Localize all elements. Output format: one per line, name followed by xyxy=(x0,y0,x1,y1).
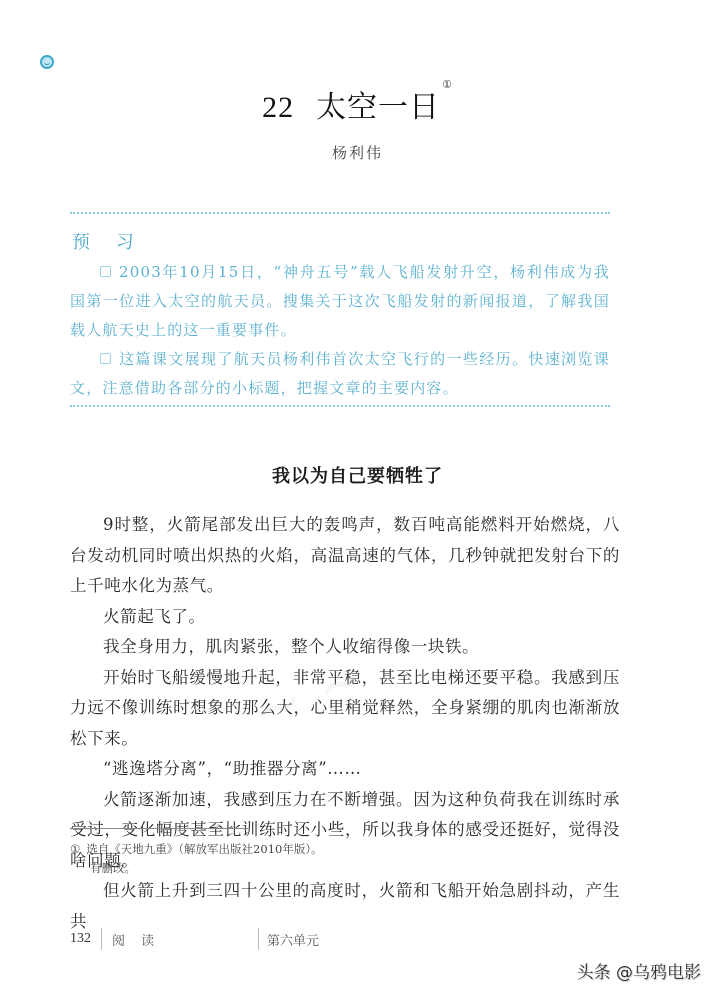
lesson-title-text: 太空一日 xyxy=(316,90,440,125)
source-watermark: 头条 @乌鸦电影 xyxy=(577,958,701,983)
footnote: ①选自《天地九重》（解放军出版社2010年版）。 有删改。 xyxy=(70,840,323,878)
preview-top-divider xyxy=(70,212,610,214)
page-footer-left: 132 阅 读 xyxy=(70,928,370,950)
footer-unit-label: 第六单元 xyxy=(267,930,319,949)
paragraph: 9时整，火箭尾部发出巨大的轰鸣声，数百吨高能燃料开始燃烧，八台发动机同时喷出炽热… xyxy=(70,510,620,602)
author-name: 杨利伟 xyxy=(0,142,715,163)
page-footer-right: 第六单元 xyxy=(258,928,319,950)
bullet-icon xyxy=(100,353,111,364)
page-number: 132 xyxy=(70,931,91,947)
footnote-divider xyxy=(70,828,250,829)
footer-separator xyxy=(258,928,259,950)
preview-item: 2003年10月15日，“神舟五号”载人飞船发射升空，杨利伟成为我国第一位进入太… xyxy=(70,258,610,345)
footnote-source: 选自《天地九重》（解放军出版社2010年版）。 xyxy=(86,842,322,856)
footer-section-label: 阅 读 xyxy=(112,930,160,949)
lesson-number: 22 xyxy=(262,91,294,124)
footnote-note: 有删改。 xyxy=(70,859,323,878)
lesson-badge-icon xyxy=(40,55,54,69)
bullet-icon xyxy=(100,266,111,277)
preview-bottom-divider xyxy=(70,405,610,407)
footer-separator xyxy=(101,928,102,950)
lesson-title: 22太空一日① xyxy=(0,82,715,126)
preview-item: 这篇课文展现了航天员杨利伟首次太空飞行的一些经历。快速浏览课文，注意借助各部分的… xyxy=(70,345,610,403)
title-footnote-marker[interactable]: ① xyxy=(442,78,453,91)
preview-heading: 预 习 xyxy=(72,228,610,254)
paragraph: “逃逸塔分离”，“助推器分离”…… xyxy=(70,754,620,785)
footnote-marker: ① xyxy=(70,842,80,856)
section-heading: 我以为自己要牺牲了 xyxy=(0,462,715,488)
preview-box: 预 习 2003年10月15日，“神舟五号”载人飞船发射升空，杨利伟成为我国第一… xyxy=(70,228,610,403)
paragraph: 我全身用力，肌肉紧张，整个人收缩得像一块铁。 xyxy=(70,632,620,663)
paragraph: 火箭起飞了。 xyxy=(70,602,620,633)
paragraph: 开始时飞船缓慢地升起，非常平稳，甚至比电梯还要平稳。我感到压力远不像训练时想象的… xyxy=(70,663,620,755)
